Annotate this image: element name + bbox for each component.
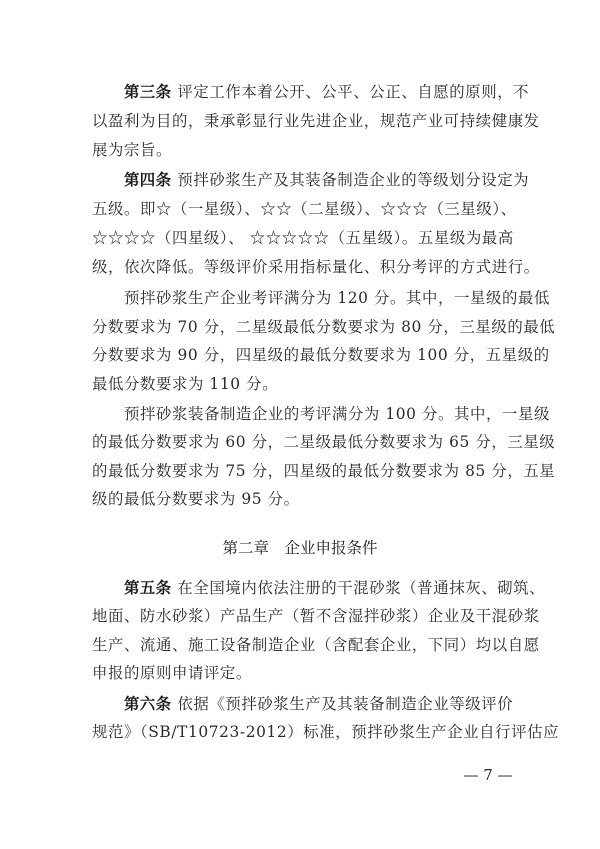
article-6-text: 依据《预拌砂浆生产及其装备制造企业等级评价 <box>177 695 513 713</box>
production-score-line-3: 分数要求为 90 分，四星级的最低分数要求为 100 分，五星级的 <box>92 344 508 366</box>
article-3-line-1: 第三条评定工作本着公开、公平、公正、自愿的原则，不 <box>124 81 508 103</box>
article-5-line-4: 申报的原则申请评定。 <box>92 662 508 684</box>
article-5-text: 在全国境内依法注册的干混砂浆（普通抹灰、砌筑、 <box>177 579 545 597</box>
equipment-score-line-3: 的最低分数要求为 75 分，四星级的最低分数要求为 85 分，五星 <box>92 460 508 482</box>
article-4-text: 预拌砂浆生产及其装备制造企业的等级划分设定为 <box>177 171 529 189</box>
article-5-line-1: 第五条在全国境内依法注册的干混砂浆（普通抹灰、砌筑、 <box>124 577 508 599</box>
article-5-line-3: 生产、流通、施工设备制造企业（含配套企业，下同）均以自愿 <box>92 634 508 656</box>
article-4-line-4: 级，依次降低。等级评价采用指标量化、积分考评的方式进行。 <box>92 256 508 278</box>
article-6-label: 第六条 <box>124 695 171 713</box>
article-4-line-2: 五级。即☆（一星级）、☆☆（二星级）、☆☆☆（三星级）、 <box>92 198 508 220</box>
article-3-line-2: 以盈利为目的，秉承彰显行业先进企业，规范产业可持续健康发 <box>92 110 508 132</box>
chapter-heading: 第二章 企业申报条件 <box>0 537 600 559</box>
equipment-score-line-4: 级的最低分数要求为 95 分。 <box>92 488 508 510</box>
document-page: 第三条评定工作本着公开、公平、公正、自愿的原则，不 以盈利为目的，秉承彰显行业先… <box>0 0 600 849</box>
page-number: — 7 — <box>448 764 528 786</box>
article-5-label: 第五条 <box>124 579 171 597</box>
article-6-line-2: 规范》（SB/T10723-2012）标准，预拌砂浆生产企业自行评估应 <box>92 721 508 743</box>
production-score-line-1: 预拌砂浆生产企业考评满分为 120 分。其中，一星级的最低 <box>124 287 508 309</box>
equipment-score-line-2: 的最低分数要求为 60 分，二星级最低分数要求为 65 分，三星级 <box>92 431 508 453</box>
article-4-label: 第四条 <box>124 171 171 189</box>
article-4-line-3: ☆☆☆☆（四星级）、 ☆☆☆☆☆（五星级）。五星级为最高 <box>92 227 508 249</box>
article-3-label: 第三条 <box>124 83 171 101</box>
article-6-line-1: 第六条依据《预拌砂浆生产及其装备制造企业等级评价 <box>124 693 508 715</box>
production-score-line-4: 最低分数要求为 110 分。 <box>92 373 508 395</box>
equipment-score-line-1: 预拌砂浆装备制造企业的考评满分为 100 分。其中，一星级 <box>124 403 508 425</box>
article-3-line-3: 展为宗旨。 <box>92 139 508 161</box>
article-4-line-1: 第四条预拌砂浆生产及其装备制造企业的等级划分设定为 <box>124 169 508 191</box>
article-3-text: 评定工作本着公开、公平、公正、自愿的原则，不 <box>177 83 529 101</box>
article-5-line-2: 地面、防水砂浆）产品生产（暂不含湿拌砂浆）企业及干混砂浆 <box>92 605 508 627</box>
production-score-line-2: 分数要求为 70 分，二星级最低分数要求为 80 分，三星级的最低 <box>92 316 508 338</box>
